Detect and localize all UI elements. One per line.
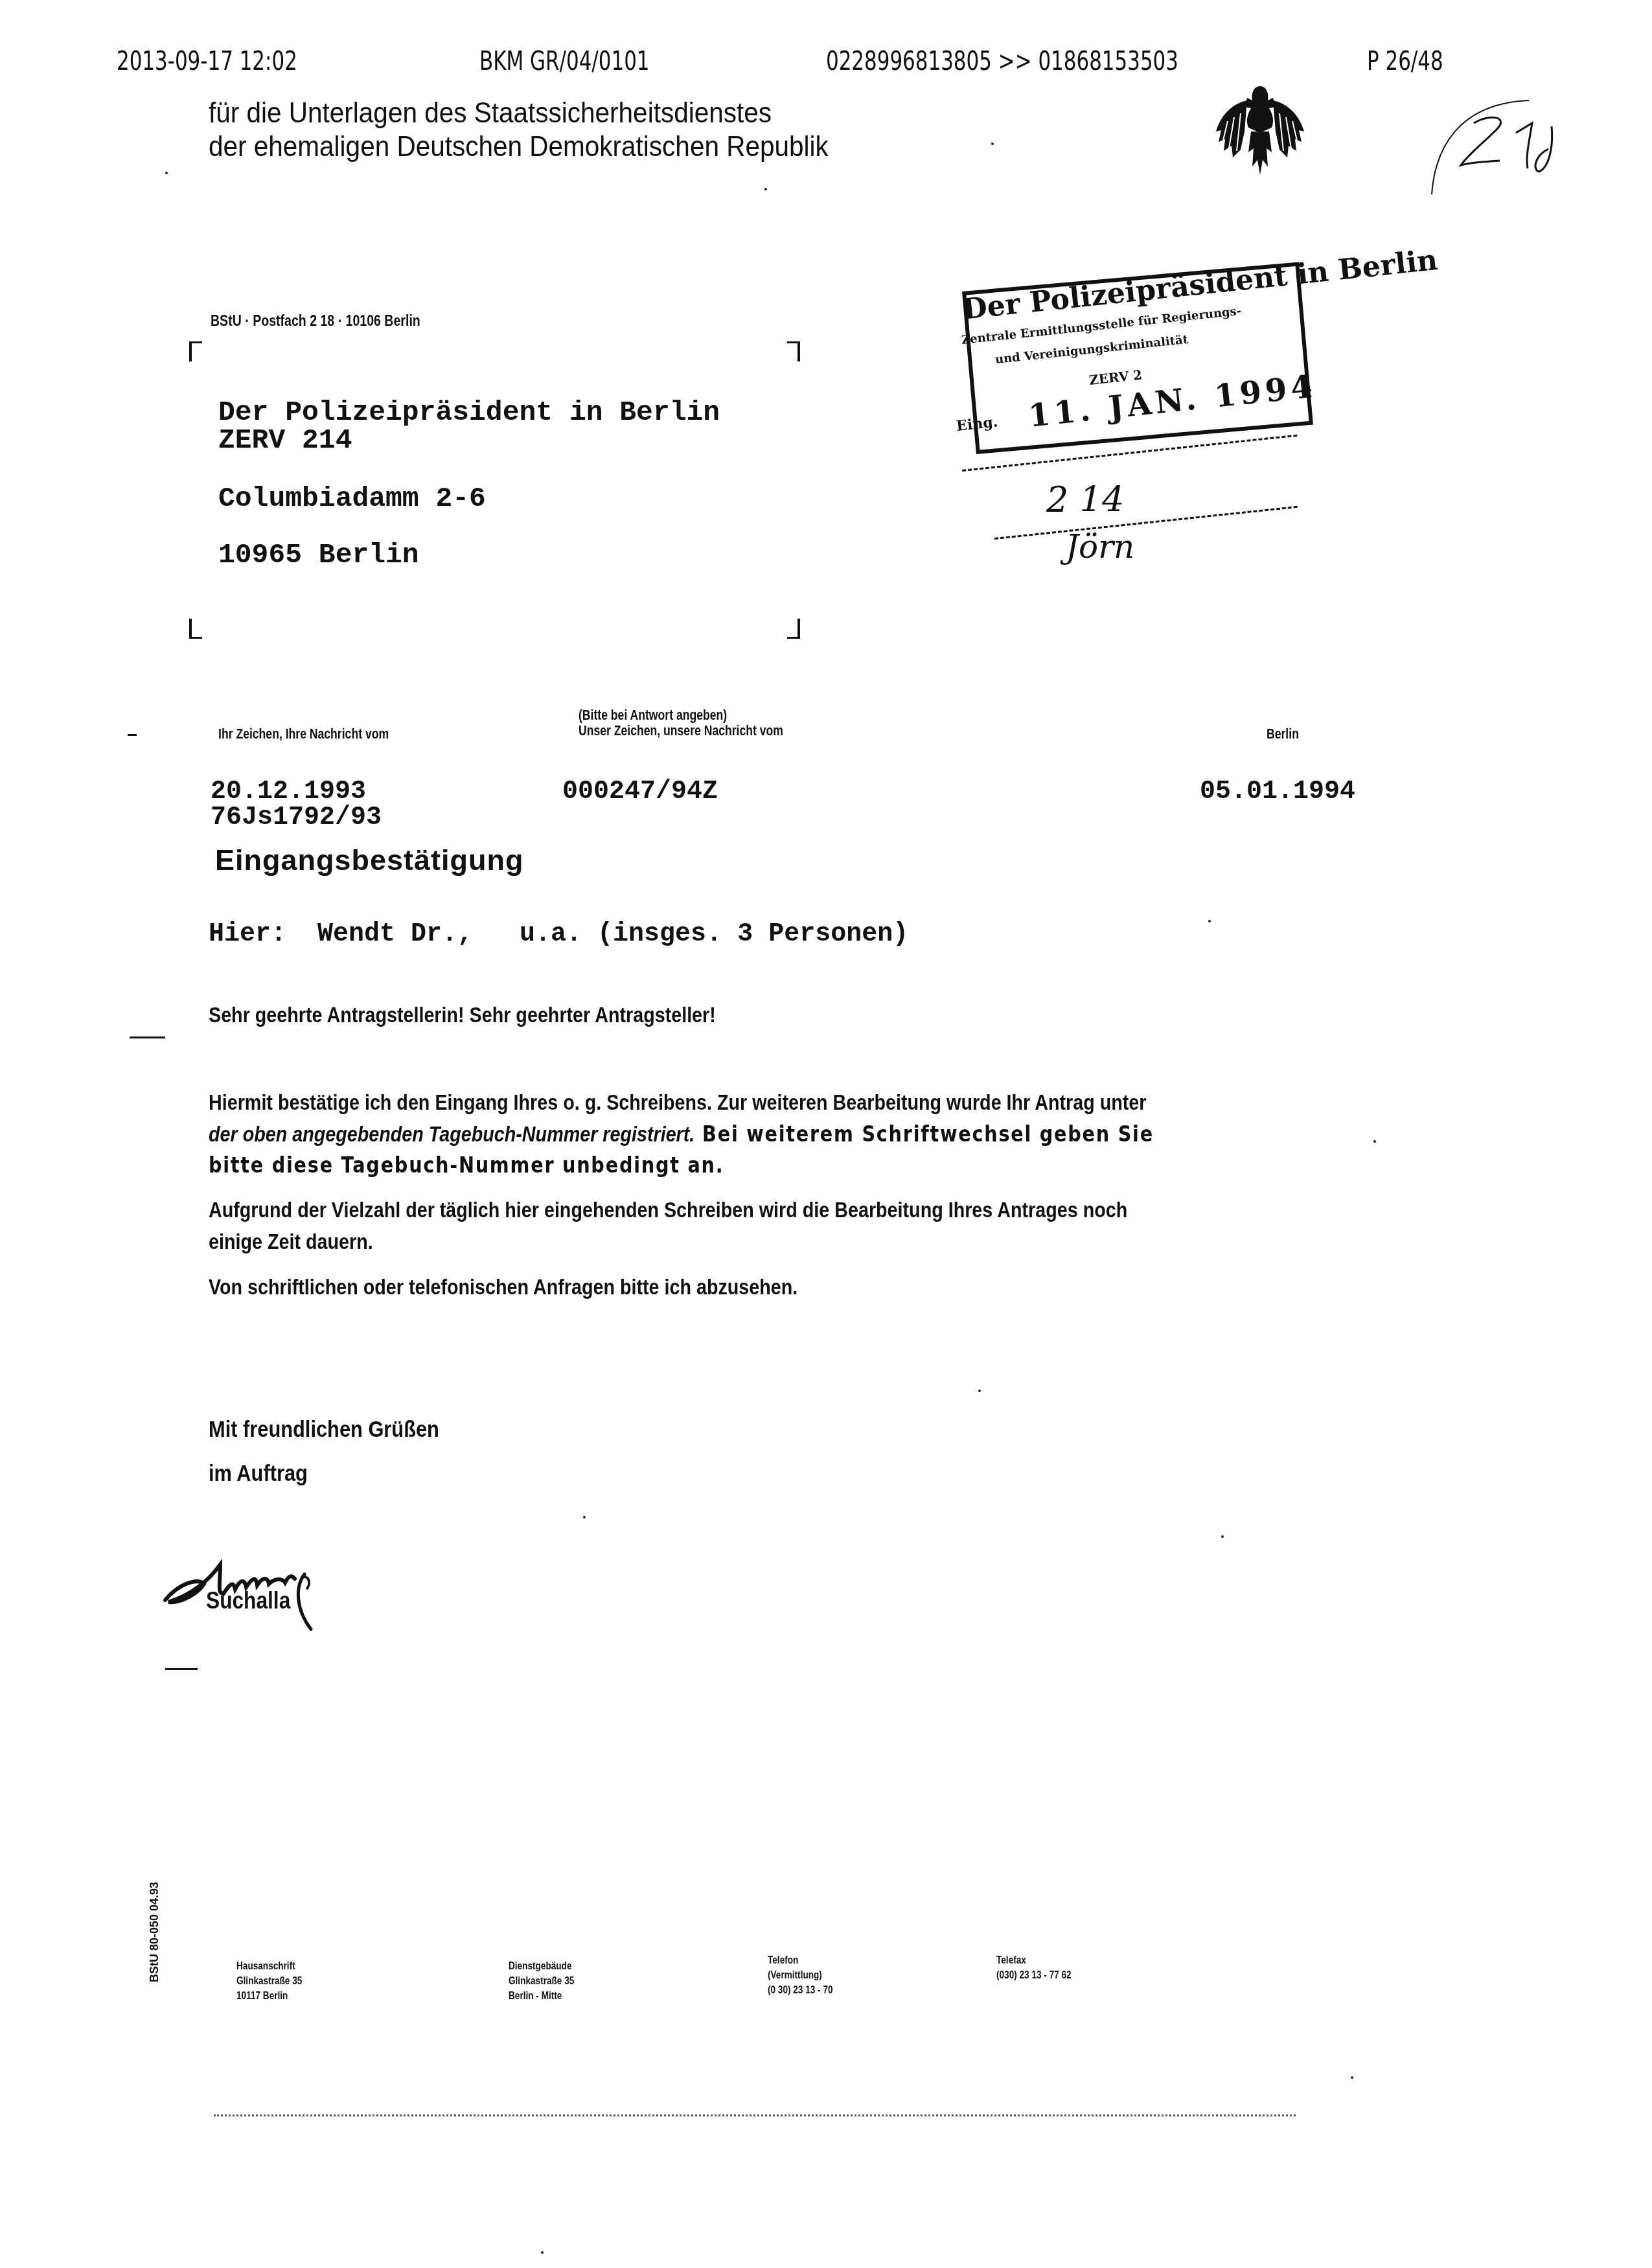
stamp-handwritten-dept: 2 14 [1046,479,1124,520]
address-window-corner [787,619,800,639]
place-label: Berlin [1267,726,1299,742]
letter-subject: Eingangsbestätigung [215,843,524,877]
paragraph-3: Von schriftlichen oder telefonischen Anf… [209,1275,797,1300]
letterhead-line-1: für die Unterlagen des Staatssicherheits… [209,96,772,130]
scan-speck [1208,920,1211,922]
form-code: BStU 80-050 04.93 [148,1882,161,1982]
fax-route: 0228996813805 >> 01868153503 [826,47,1178,76]
scan-speck [1351,2076,1353,2079]
footer-divider [214,2114,1296,2116]
footer-fax-label: Telefax [996,1953,1072,1968]
footer-office-street: Glinkastraße 35 [509,1974,574,1989]
fold-mark [128,734,137,736]
scan-speck [583,1516,586,1518]
scan-speck [1221,1535,1224,1538]
your-reference-label: Ihr Zeichen, Ihre Nachricht vom [218,726,389,742]
footer-phone: Telefon (Vermittlung) (0 30) 23 13 - 70 [768,1953,833,1998]
scan-speck [165,172,168,174]
closing-greeting: Mit freundlichen Grüßen [209,1417,439,1443]
paragraph-1-line-1: Hiermit bestätige ich den Eingang Ihres … [209,1090,1146,1115]
paragraph-1-line-2-text: der oben angegebenden Tagebuch-Nummer re… [209,1122,694,1146]
fax-page-number: P 26/48 [1367,47,1443,76]
footer-office-address: Dienstgebäude Glinkastraße 35 Berlin - M… [509,1959,574,2004]
footer-phone-number: (0 30) 23 13 - 70 [768,1983,833,1998]
paragraph-2-line-1: Aufgrund der Vielzahl der täglich hier e… [209,1198,1127,1222]
your-file-number: 76Js1792/93 [211,803,382,832]
address-window-corner [787,341,800,361]
your-letter-date: 20.12.1993 [211,777,366,807]
our-reference-caption: Unser Zeichen, unsere Nachricht vom [579,723,783,739]
fold-mark [165,1668,198,1670]
signer-name: Suchalla [206,1587,290,1614]
sender-return-address: BStU · Postfach 2 18 · 10106 Berlin [211,312,420,330]
our-reference-label: (Bitte bei Antwort angeben) Unser Zeiche… [579,707,783,739]
footer-postal-label: Hausanschrift [236,1959,302,1974]
fold-mark [130,1037,165,1038]
salutation: Sehr geehrte Antragstellerin! Sehr geehr… [209,1003,716,1027]
address-window-corner [189,619,202,639]
footer-office-district: Berlin - Mitte [509,1989,574,2004]
stamp-divider [994,506,1298,540]
footer-postal-street: Glinkastraße 35 [236,1974,302,1989]
paragraph-2-line-2: einige Zeit dauern. [209,1230,373,1254]
scan-speck [1373,1140,1376,1143]
fax-timestamp: 2013-09-17 12:02 [117,47,297,76]
fax-sender-id: BKM GR/04/0101 [479,47,650,76]
scan-speck [764,188,767,190]
footer-postal-city: 10117 Berlin [236,1989,302,2004]
footer-postal-address: Hausanschrift Glinkastraße 35 10117 Berl… [236,1959,302,2004]
regarding-line: Hier: Wendt Dr., u.a. (insges. 3 Persone… [209,920,908,949]
scan-speck [978,1390,981,1392]
footer-fax: Telefax (030) 23 13 - 77 62 [996,1953,1072,1983]
scan-speck [541,2251,544,2254]
receipt-stamp: Der Polizeipräsident in Berlin Zentrale … [943,243,1305,593]
paragraph-1-line-2: der oben angegebenden Tagebuch-Nummer re… [209,1121,1154,1147]
footer-phone-label: Telefon [768,1953,833,1968]
handwritten-page-mark [1419,78,1561,201]
recipient-city: 10965 Berlin [218,539,419,571]
our-reference-note: (Bitte bei Antwort angeben) [579,707,783,723]
footer-phone-sub: (Vermittlung) [768,1968,833,1983]
letterhead-line-2: der ehemaligen Deutschen Demokratischen … [209,130,829,163]
paragraph-1-line-3: bitte diese Tagebuch-Nummer unbedingt an… [209,1152,724,1178]
on-behalf-note: im Auftrag [209,1461,308,1487]
footer-office-label: Dienstgebäude [509,1959,574,1974]
address-window-corner [189,341,202,361]
scan-speck [991,143,994,145]
diary-number: 000247/94Z [562,777,718,807]
footer-fax-number: (030) 23 13 - 77 62 [996,1968,1072,1983]
letter-date: 05.01.1994 [1200,777,1355,807]
stamp-handwritten-initials: Jörn [1066,528,1134,566]
federal-eagle-icon [1208,81,1312,178]
recipient-name: Der Polizeipräsident in Berlin [218,396,720,428]
recipient-street: Columbiadamm 2-6 [218,483,486,514]
paragraph-1-line-2-emphasis: Bei weiterem Schriftwechsel geben Sie [694,1121,1154,1147]
recipient-unit: ZERV 214 [218,424,352,456]
